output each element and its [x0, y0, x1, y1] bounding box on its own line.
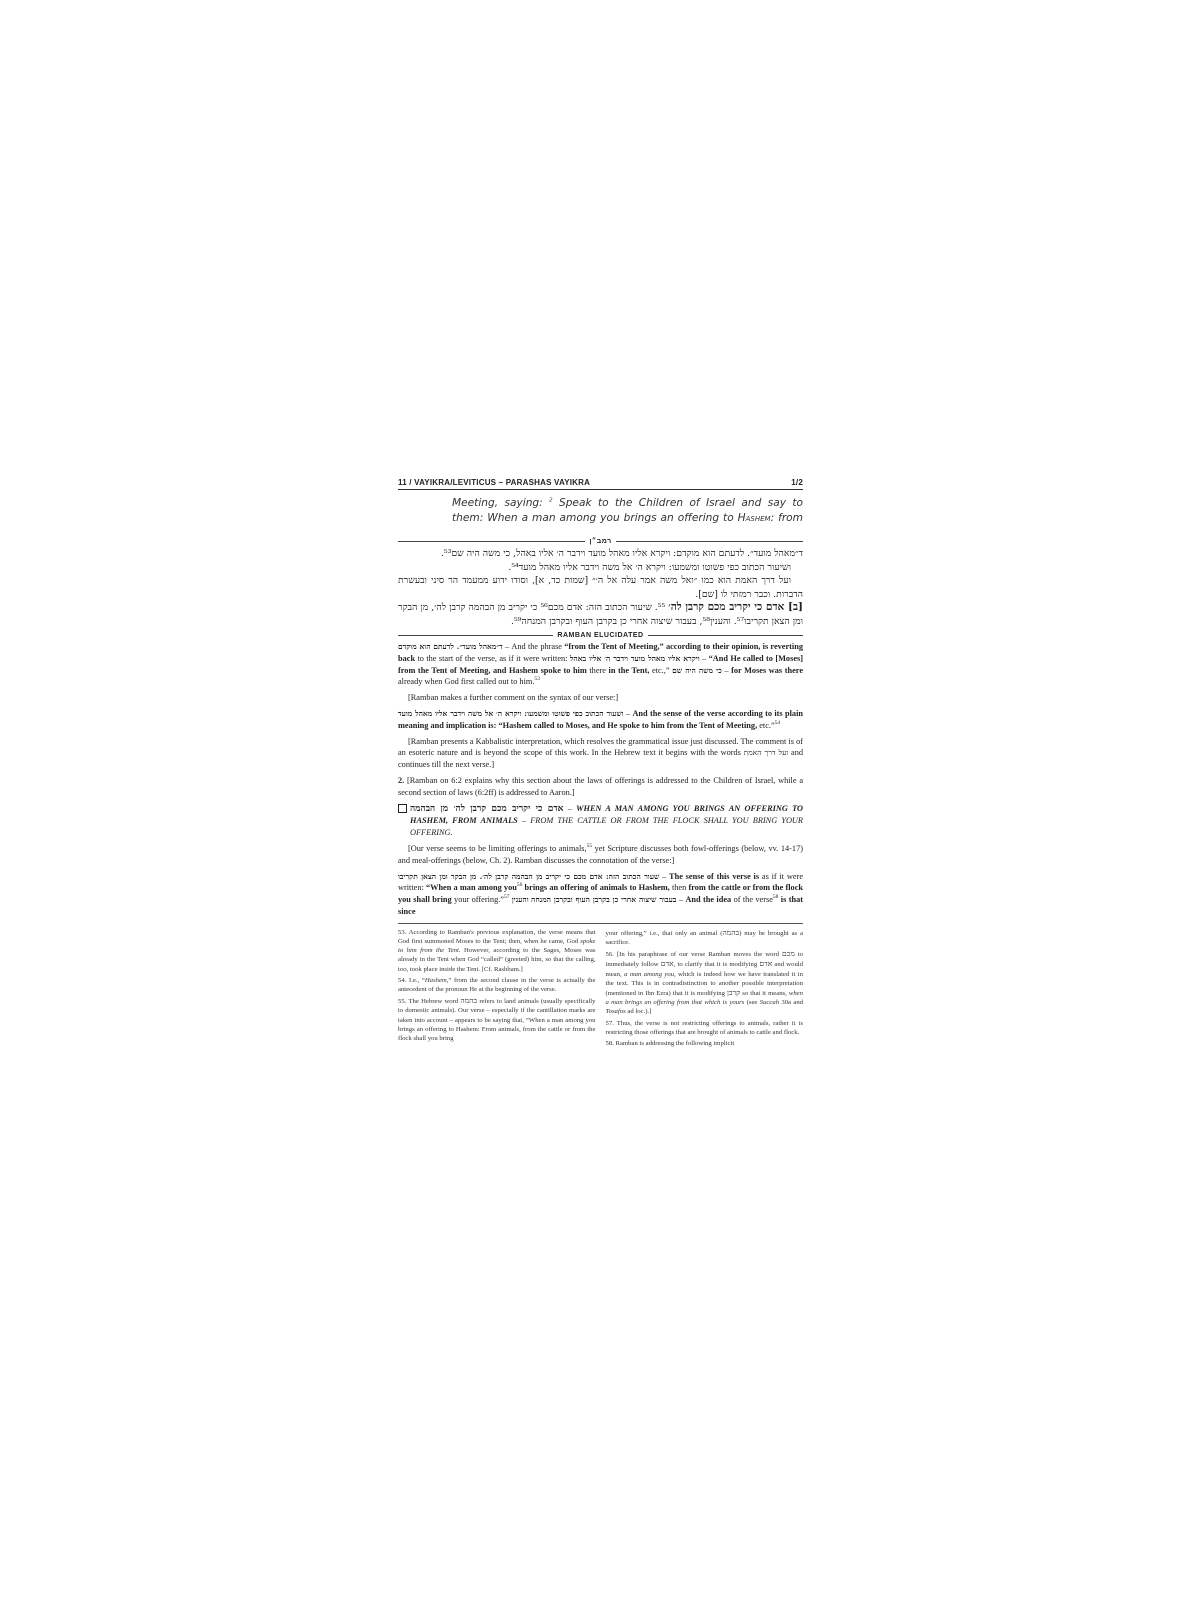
header-page-ref: 1/2: [791, 478, 803, 487]
verse-lemma: אדם כי יקריב מכם קרבן לה׳ מן הבהמה – WHE…: [398, 803, 803, 839]
elucidated-divider: RAMBAN ELUCIDATED: [398, 632, 803, 639]
footnotes: 53. According to Ramban's previous expla…: [398, 928, 803, 1050]
footnote-ref[interactable]: 54: [775, 720, 781, 726]
divine-name: Hashem: [738, 512, 771, 524]
ramban-elucidated: ד״מאהל מועד״. לדעתם הוא מוקדם – And the …: [398, 641, 803, 918]
hebrew-line: ושיעור הכתוב כפי פשוטו ומשמעו: ויקרא ה׳ …: [398, 561, 803, 575]
ramban-hebrew-text: ד״מאהל מועד״. לדעתם הוא מוקדם: ויקרא אלי…: [398, 547, 803, 628]
running-header: 11 / VAYIKRA/LEVITICUS – PARASHAS VAYIKR…: [398, 478, 803, 490]
book-page: 11 / VAYIKRA/LEVITICUS – PARASHAS VAYIKR…: [398, 478, 803, 1050]
elucidated-paragraph: [Ramban makes a further comment on the s…: [398, 692, 803, 704]
ramban-divider: רמב״ן: [398, 538, 803, 545]
footnote-58: 58. Ramban is addressing the following i…: [606, 1039, 804, 1048]
square-bullet-icon: [398, 804, 407, 813]
footnote-54: 54. I.e., “Hashem,” from the second clau…: [398, 976, 596, 994]
footnote-55: 55. The Hebrew word בהמה refers to land …: [398, 996, 596, 1043]
elucidated-paragraph: ד״מאהל מועד״. לדעתם הוא מוקדם – And the …: [398, 641, 803, 688]
elucidated-paragraph: 2. [Ramban on 6:2 explains why this sect…: [398, 775, 803, 799]
footnote-57: 57. Thus, the verse is not restricting o…: [606, 1019, 804, 1037]
hebrew-verse-comment: [ב] אדם כי יקריב מכם קרבן לה׳ ⁵⁵. שיעור …: [398, 601, 803, 628]
header-title: 11 / VAYIKRA/LEVITICUS – PARASHAS VAYIKR…: [398, 478, 590, 487]
hebrew-lemma: [ב] אדם כי יקריב מכם קרבן לה׳: [668, 601, 803, 613]
footnotes-left-column: 53. According to Ramban's previous expla…: [398, 928, 596, 1050]
elucidated-paragraph: שעור הכתוב הזה: אדם מכם כי יקריב מן הבהמ…: [398, 871, 803, 918]
hebrew-line: ד״מאהל מועד״. לדעתם הוא מוקדם: ויקרא אלי…: [398, 547, 803, 561]
verse-translation: Meeting, saying: 2 Speak to the Children…: [452, 496, 803, 526]
footnote-56: 56. [In his paraphrase of our verse Ramb…: [606, 949, 804, 1016]
footnote-ref[interactable]: 57: [504, 894, 510, 900]
elucidated-paragraph: [Ramban presents a Kabbalistic interpret…: [398, 736, 803, 771]
footnotes-right-column: your offering,” i.e., that only an anima…: [606, 928, 804, 1050]
footnote-55-continued: your offering,” i.e., that only an anima…: [606, 928, 804, 947]
footnote-separator: [398, 923, 803, 924]
elucidated-paragraph: ושעור הכתוב כפי פשוטו ומשמעו: ויקרא ה׳ א…: [398, 708, 803, 732]
footnote-53: 53. According to Ramban's previous expla…: [398, 928, 596, 974]
elucidated-paragraph: [Our verse seems to be limiting offering…: [398, 843, 803, 867]
footnote-ref[interactable]: 53: [534, 677, 540, 683]
hebrew-line: ועל דרך האמת הוא כמו ״ואל משה אמר עלה אל…: [398, 574, 803, 601]
